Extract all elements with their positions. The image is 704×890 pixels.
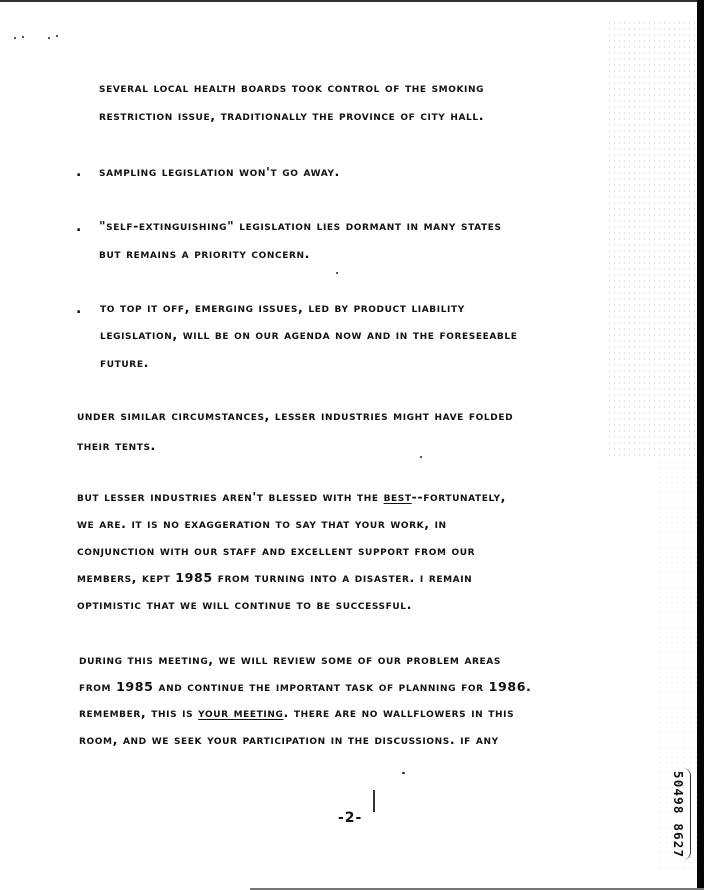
scan-noise <box>607 20 697 460</box>
text-line: TO TOP IT OFF, EMERGING ISSUES, LED BY P… <box>100 300 465 316</box>
text-line: RESTRICTION ISSUE, TRADITIONALLY THE PRO… <box>99 108 484 124</box>
scan-speck <box>48 37 50 39</box>
text-line: ROOM, AND WE SEEK YOUR PARTICIPATION IN … <box>79 732 499 748</box>
text-span: . THERE ARE NO WALLFLOWERS IN THIS <box>284 705 515 720</box>
bullet-marker: . <box>76 219 81 235</box>
bates-number: 50498 8627 <box>671 771 686 858</box>
text-line: THEIR TENTS. <box>77 438 156 454</box>
scan-speck <box>14 37 16 39</box>
text-line: FUTURE. <box>100 355 149 371</box>
emphasis-your-meeting: YOUR MEETING <box>198 705 283 720</box>
text-line: SAMPLING LEGISLATION WON'T GO AWAY. <box>99 164 340 180</box>
text-span: REMEMBER, THIS IS <box>79 705 198 720</box>
text-line: BUT LESSER INDUSTRIES AREN'T BLESSED WIT… <box>77 489 506 505</box>
scan-right-edge <box>697 0 704 890</box>
scan-speck <box>402 772 405 774</box>
scan-mark <box>373 790 375 812</box>
bullet-marker: . <box>76 164 81 180</box>
text-line: REMEMBER, THIS IS YOUR MEETING. THERE AR… <box>79 705 514 721</box>
text-line: "SELF-EXTINGUISHING" LEGISLATION LIES DO… <box>99 218 502 234</box>
text-line: LEGISLATION, WILL BE ON OUR AGENDA NOW A… <box>100 327 517 343</box>
text-line: CONJUNCTION WITH OUR STAFF AND EXCELLENT… <box>77 543 475 559</box>
scan-speck <box>22 36 24 38</box>
scan-speck <box>336 272 338 274</box>
page-number: -2- <box>338 810 362 826</box>
text-line: OPTIMISTIC THAT WE WILL CONTINUE TO BE S… <box>77 597 412 613</box>
text-line: SEVERAL LOCAL HEALTH BOARDS TOOK CONTROL… <box>99 80 484 96</box>
text-span: BUT LESSER INDUSTRIES AREN'T BLESSED WIT… <box>77 489 384 504</box>
emphasis-best: BEST <box>384 489 412 504</box>
text-span: --FORTUNATELY, <box>412 489 506 504</box>
text-line: BUT REMAINS A PRIORITY CONCERN. <box>99 246 310 262</box>
text-line: MEMBERS, KEPT 1985 FROM TURNING INTO A D… <box>77 570 472 586</box>
text-line: WE ARE. IT IS NO EXAGGERATION TO SAY THA… <box>77 516 447 532</box>
text-line: UNDER SIMILAR CIRCUMSTANCES, LESSER INDU… <box>77 408 513 424</box>
scan-speck <box>56 35 58 37</box>
bullet-marker: . <box>76 301 81 317</box>
text-line: DURING THIS MEETING, WE WILL REVIEW SOME… <box>79 652 501 668</box>
scan-speck <box>420 456 422 458</box>
text-line: FROM 1985 AND CONTINUE THE IMPORTANT TAS… <box>79 679 531 695</box>
scan-top-rule <box>0 0 704 2</box>
